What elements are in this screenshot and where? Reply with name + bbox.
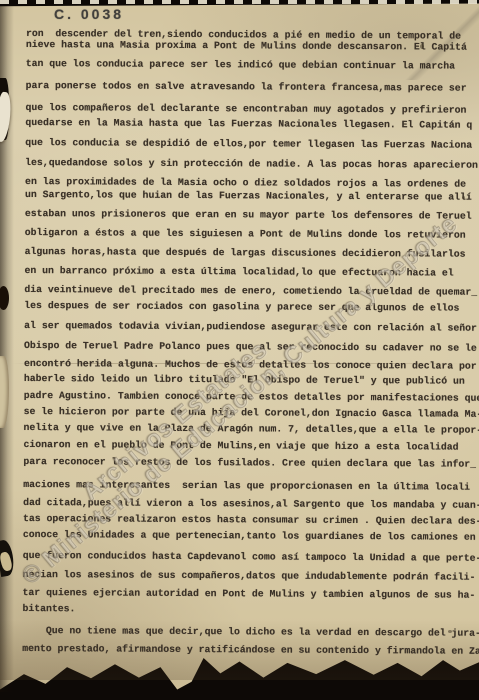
typed-line: dad citada,pues allí vieron a los asesin… bbox=[23, 497, 479, 511]
typed-line: nelita y que vive en la Plaza de Aragón … bbox=[24, 422, 479, 436]
ink-speck bbox=[448, 630, 452, 633]
typed-text-block: ron descender del tren,siendo conducidos… bbox=[0, 0, 479, 700]
typed-line: que fueron conducidos hasta Capdevanol c… bbox=[23, 550, 479, 564]
typed-line: estaban unos prisioneros que eran en su … bbox=[25, 208, 472, 222]
typed-line: tas operaciones realizaron estos hasta c… bbox=[23, 513, 479, 527]
typed-line: haberle sido leido un libro titulado "El… bbox=[24, 373, 465, 387]
ink-speck bbox=[420, 44, 424, 49]
typed-line: nieve hasta una Masia proxima a Pont de … bbox=[26, 39, 467, 53]
typed-line: obligaron a éstos a que les siguiesen a … bbox=[25, 227, 466, 241]
page-number-stamp: C. 0038 bbox=[54, 6, 124, 22]
typed-line: maciones mas interesantes serian las que… bbox=[23, 479, 470, 493]
typed-line: les despues de ser rociados con gasolina… bbox=[24, 300, 459, 314]
typed-line: para reconocer los restos de los fusilad… bbox=[23, 456, 476, 470]
typed-line: algunas horas,hasta que después de larga… bbox=[25, 246, 466, 260]
typed-line: Obispo de Teruel Padre Polanco pues que … bbox=[24, 340, 477, 354]
typed-line: dia veintinueve del precitado mes de ene… bbox=[24, 284, 477, 298]
typed-line: tan que los conducia parece ser les indi… bbox=[26, 58, 455, 72]
typed-line: que los conducia se despidió de ellos,po… bbox=[25, 137, 472, 151]
typed-line: Que no tiene mas que decir,que lo dicho … bbox=[22, 625, 479, 639]
typed-line: padre Agustino. Tambien conoce parte de … bbox=[24, 390, 479, 404]
typed-line: necian los asesinos de sus compañeros,da… bbox=[23, 569, 476, 583]
typed-line: en las proximidades de la Masia ocho o d… bbox=[25, 176, 466, 190]
typed-line: al ser quemados todavia vivian,pudiendos… bbox=[24, 320, 477, 334]
scan-edge-perforations bbox=[0, 0, 479, 4]
typed-line: les,quedandose solos y sin protección de… bbox=[25, 157, 478, 171]
typed-line: encontró herida alguna. Muchos de estos … bbox=[24, 358, 477, 372]
typed-line: se le hicieron por parte de una hija del… bbox=[24, 406, 479, 420]
typed-line: cionaron en el pueblo de Pont de Mulins,… bbox=[23, 439, 458, 453]
typed-line: quedarse en la Masia hasta que las Fuerz… bbox=[25, 117, 472, 131]
typed-line: bitantes. bbox=[22, 603, 75, 614]
typed-line: mento prestado, afirmandose y ratificánd… bbox=[22, 643, 479, 657]
typed-line: en un barranco próximo a esta última loc… bbox=[24, 265, 453, 279]
typed-line: para ponerse todos en salve atravesando … bbox=[26, 80, 467, 94]
typed-line: conoce las Unidades a que pertenecian,ta… bbox=[23, 529, 476, 543]
typed-line: un Sargento,los que huian de las Fuerzas… bbox=[25, 189, 472, 203]
typed-line: que los compañeros del declarante se enc… bbox=[25, 102, 466, 116]
ink-speck bbox=[462, 196, 465, 199]
typed-line: tar quienes ejercian autoridad en Pont d… bbox=[23, 587, 476, 601]
